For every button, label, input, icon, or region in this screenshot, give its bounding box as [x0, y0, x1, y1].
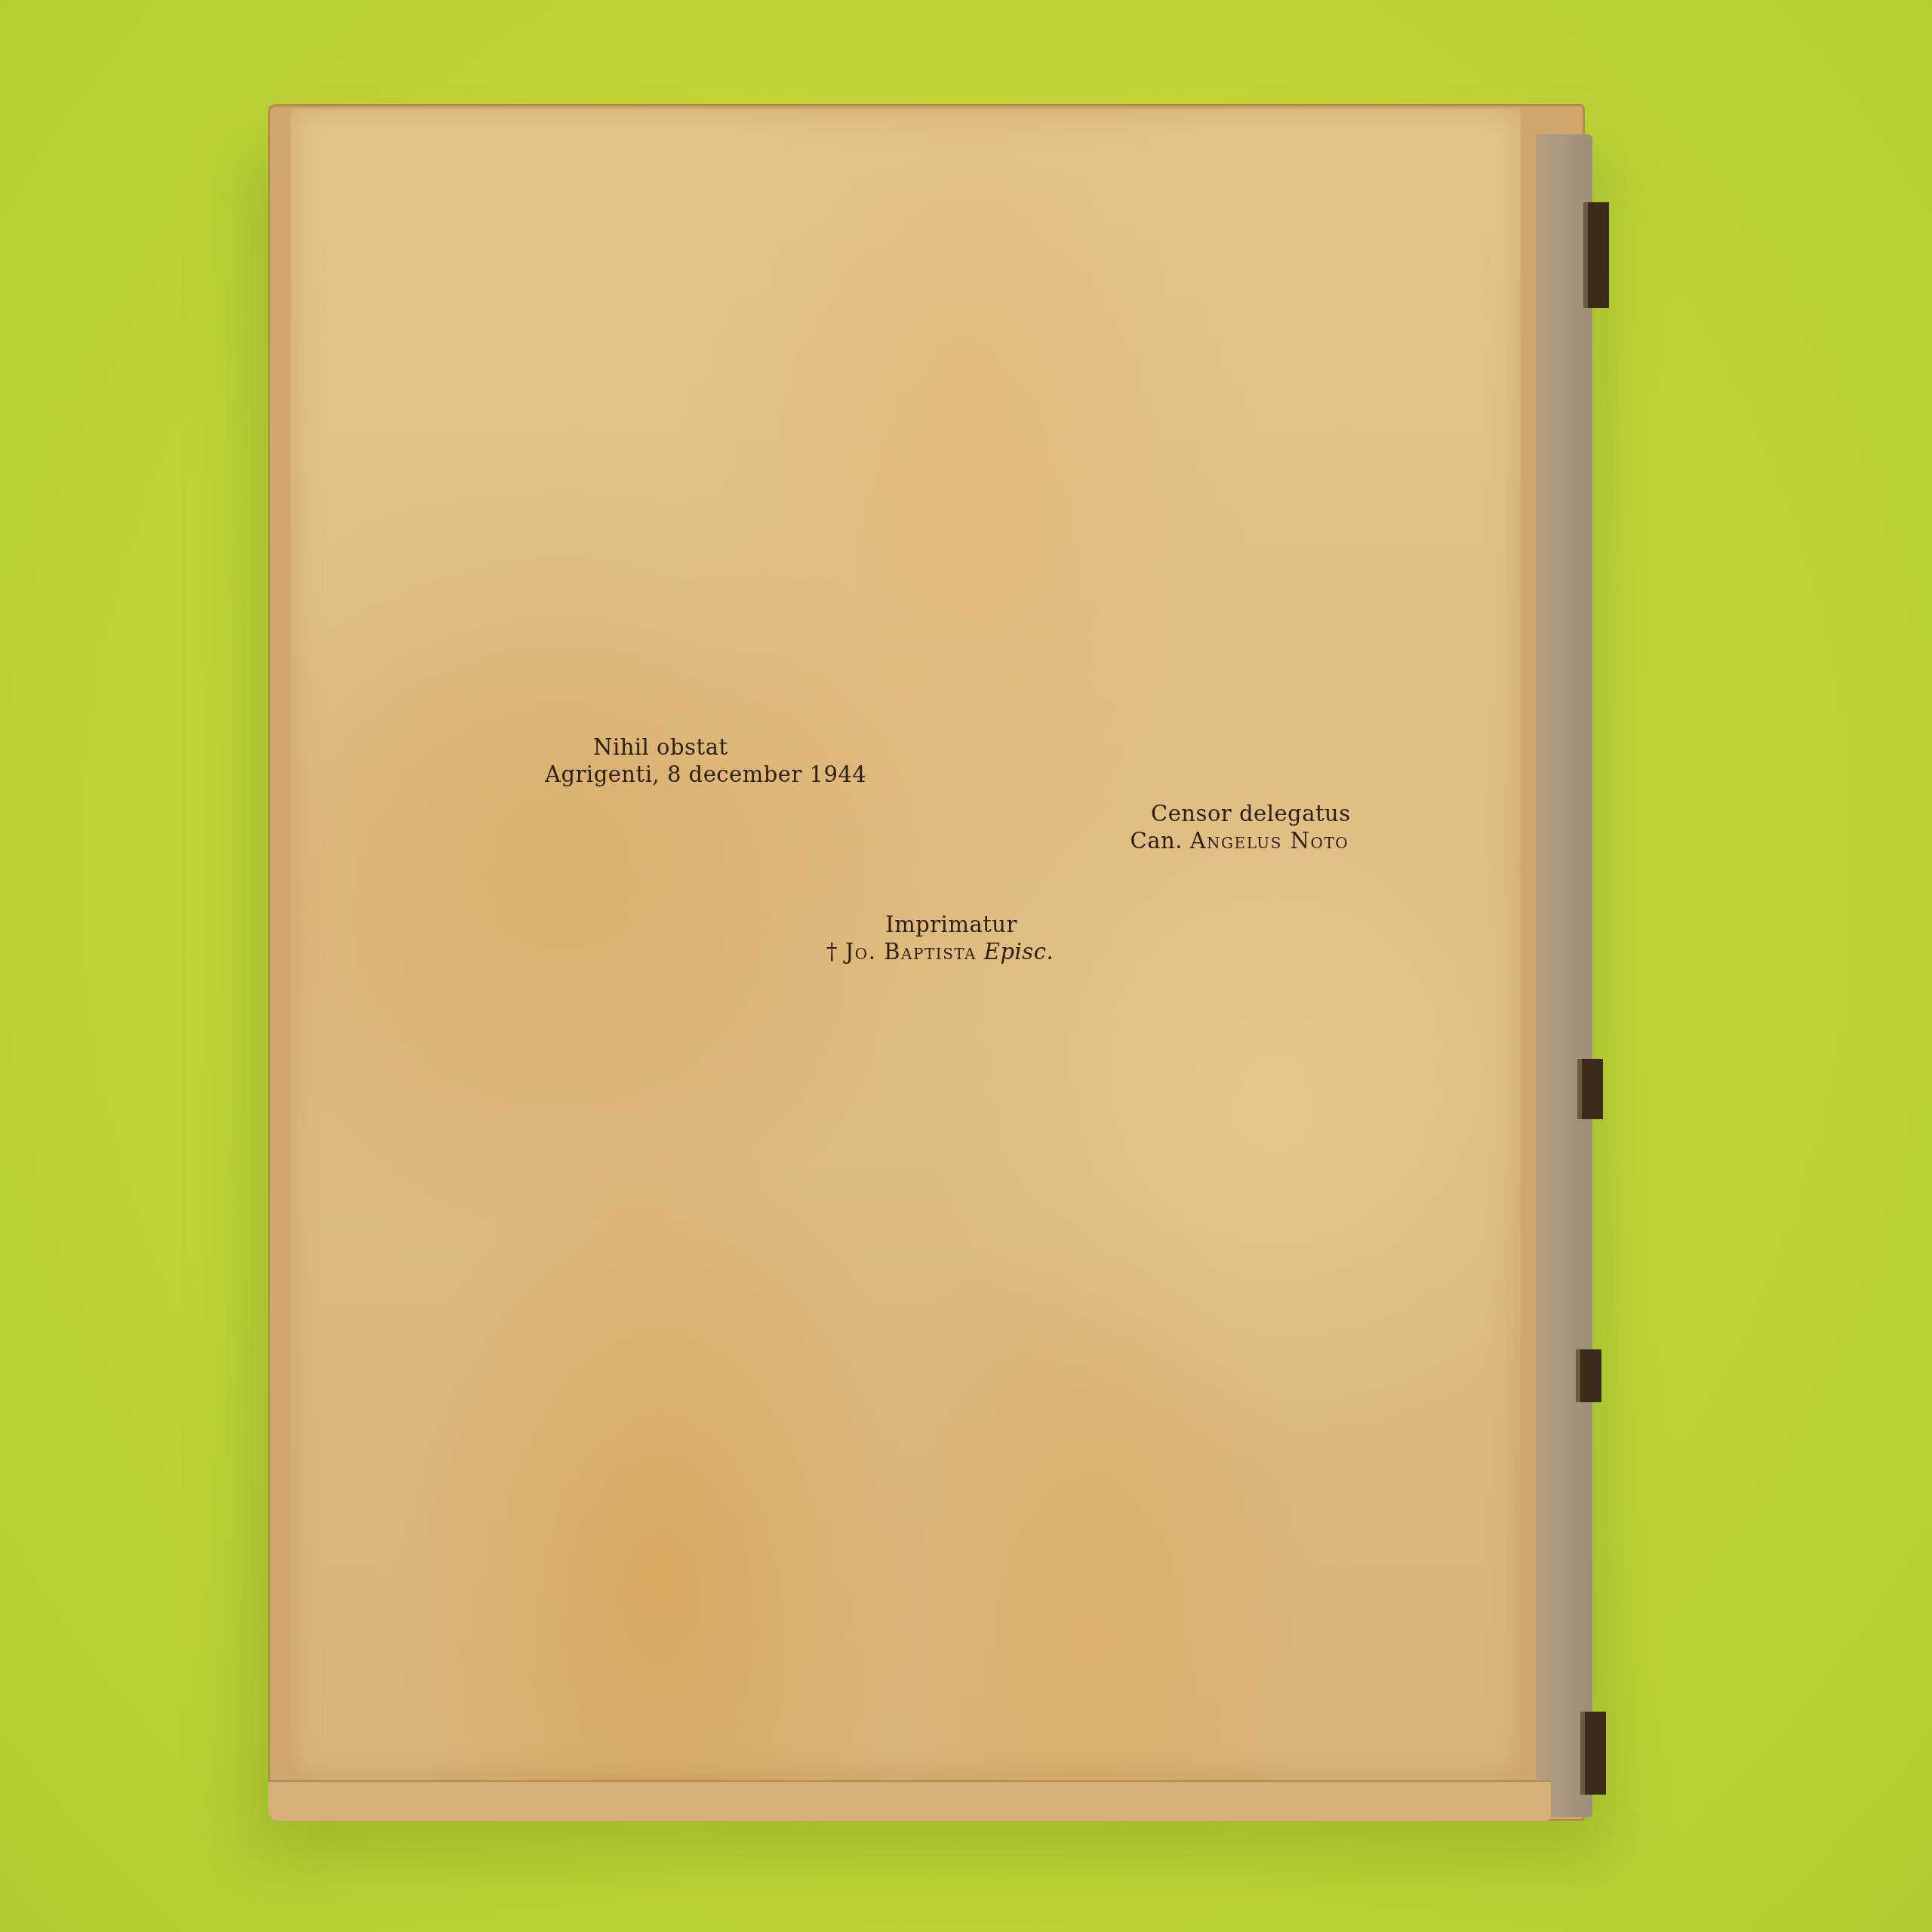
- imprimatur-name-line: † Jo. Baptista Episc.: [826, 938, 1054, 965]
- censor-name: Angelus Noto: [1190, 828, 1349, 854]
- torn-flap-middle: [1577, 1059, 1603, 1119]
- book: Nihil obstat Agrigenti, 8 december 1944 …: [268, 104, 1592, 1821]
- imprimatur-name: Baptista: [884, 939, 977, 964]
- nihil-obstat-place-date: Agrigenti, 8 december 1944: [545, 761, 866, 788]
- censor-block: Censor delegatus Can. Angelus Noto: [1128, 800, 1351, 855]
- imprimatur-name-prefix: Jo.: [845, 939, 877, 964]
- back-page: Nihil obstat Agrigenti, 8 december 1944 …: [291, 109, 1521, 1780]
- cross-icon: †: [826, 939, 838, 964]
- censor-name-line: Can. Angelus Noto: [1128, 827, 1351, 854]
- nihil-obstat-block: Nihil obstat Agrigenti, 8 december 1944: [545, 734, 866, 789]
- censor-name-prefix: Can.: [1131, 828, 1183, 854]
- torn-flap-top: [1583, 202, 1609, 308]
- nihil-obstat-title: Nihil obstat: [545, 734, 866, 761]
- imprimatur-title: Imprimatur: [826, 911, 1054, 938]
- imprimatur-suffix: Episc.: [984, 939, 1054, 964]
- torn-flap-bottom: [1580, 1712, 1606, 1795]
- bottom-fold-edge: [268, 1780, 1551, 1821]
- censor-title: Censor delegatus: [1128, 800, 1351, 827]
- torn-flap-lower: [1576, 1349, 1601, 1402]
- spine-edge: [1536, 134, 1592, 1817]
- imprimatur-block: Imprimatur † Jo. Baptista Episc.: [826, 911, 1054, 966]
